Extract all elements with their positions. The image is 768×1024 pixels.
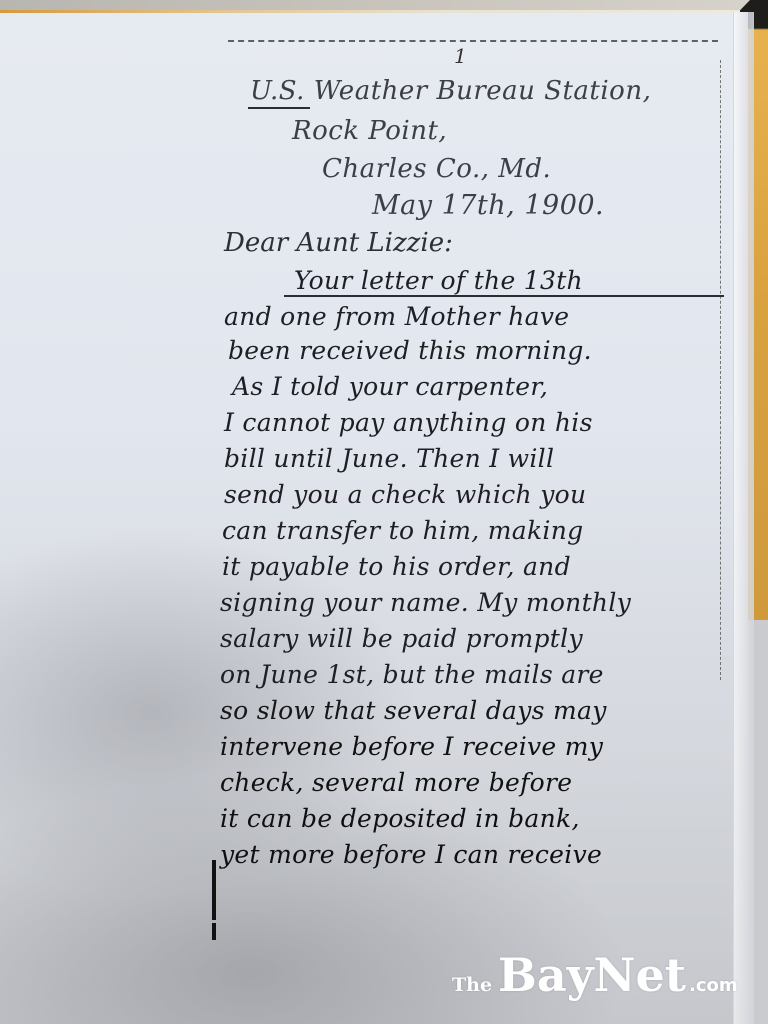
copy-border-top <box>228 40 718 44</box>
copy-margin-mark <box>212 860 216 940</box>
body-underline <box>284 295 724 297</box>
body-line: Your letter of the 13th <box>294 266 583 295</box>
copy-border-right <box>720 60 721 680</box>
body-line: signing your name. My monthly <box>220 588 631 617</box>
body-line: on June 1st, but the mails are <box>220 660 604 689</box>
body-line: it can be deposited in bank, <box>220 804 580 833</box>
body-line: send you a check which you <box>224 480 586 509</box>
body-line: check, several more before <box>220 768 572 797</box>
body-line: so slow that several days may <box>220 696 607 725</box>
letter-date: May 17th, 1900. <box>372 190 604 221</box>
paper-top-edge <box>0 10 740 13</box>
thebaynet-watermark: The BayNet .com <box>452 948 738 1002</box>
body-line: and one from Mother have <box>224 302 569 331</box>
body-line: salary will be paid promptly <box>220 624 583 653</box>
heading-underline <box>248 107 310 109</box>
body-line: can transfer to him, making <box>222 516 583 545</box>
body-line: As I told your carpenter, <box>232 372 548 401</box>
watermark-prefix: The <box>452 974 492 996</box>
body-line: intervene before I receive my <box>220 732 603 761</box>
body-line: I cannot pay anything on his <box>224 408 593 437</box>
page-number: 1 <box>454 44 467 68</box>
watermark-suffix: .com <box>689 975 738 996</box>
heading-station: U.S. Weather Bureau Station, <box>250 76 651 106</box>
paper-fold-edge <box>733 12 754 1024</box>
body-line: it payable to his order, and <box>222 552 571 581</box>
body-line: yet more before I can receive <box>220 840 602 869</box>
body-line: bill until June. Then I will <box>224 444 554 473</box>
heading-location: Rock Point, <box>292 116 447 146</box>
watermark-brand: BayNet <box>498 948 686 1002</box>
heading-county: Charles Co., Md. <box>322 154 551 184</box>
salutation: Dear Aunt Lizzie: <box>224 228 453 258</box>
body-line: been received this morning. <box>228 336 592 365</box>
